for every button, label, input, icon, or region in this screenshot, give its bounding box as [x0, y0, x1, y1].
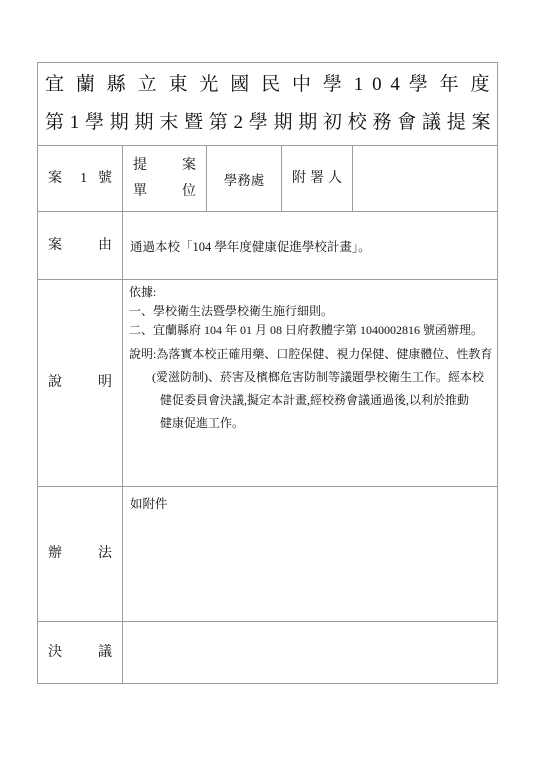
explanation-detail-line: (愛滋防制)、菸害及檳榔危害防制等議題學校衛生工作。經本校: [129, 366, 493, 389]
proposer-unit-label-line-1: 提 案: [133, 153, 196, 179]
method-content: 如附件: [130, 487, 491, 513]
cosigner-label-cell: 附 署 人: [282, 146, 353, 212]
explanation-label-cell: 說 明: [38, 280, 123, 487]
explanation-basis-line: 依據:: [129, 283, 493, 302]
document-title-line-2: 第 1 學 期 期 末 暨 第 2 學 期 期 初 校 務 會 議 提 案: [45, 104, 490, 142]
case-number-cell: 案 1 號: [38, 146, 123, 212]
method-content-cell: 如附件: [123, 487, 498, 622]
explanation-basis-block: 依據: 一、學校衛生法暨學校衛生施行細則。 二、宜蘭縣府 104 年 01 月 …: [129, 283, 493, 340]
case-number-label: 案 1 號: [48, 169, 112, 189]
method-label-cell: 辦 法: [38, 487, 123, 622]
proposal-table: 宜 蘭 縣 立 東 光 國 民 中 學 1 0 4 學 年 度 第 1 學 期 …: [37, 62, 498, 684]
title-row: 宜 蘭 縣 立 東 光 國 民 中 學 1 0 4 學 年 度 第 1 學 期 …: [38, 63, 498, 146]
proposer-unit-value-cell: 學務處: [207, 146, 282, 212]
explanation-basis-line: 一、學校衛生法暨學校衛生施行細則。: [129, 302, 493, 321]
cosigner-value-cell: [353, 146, 498, 212]
document-title-line-1: 宜 蘭 縣 立 東 光 國 民 中 學 1 0 4 學 年 度: [45, 66, 490, 104]
explanation-detail-line: 健促委員會決議,擬定本計畫,經校務會議通過後,以利於推動: [129, 389, 493, 412]
subject-content-cell: 通過本校「104 學年度健康促進學校計畫」。: [123, 212, 498, 280]
proposer-unit-label-line-2: 單 位: [133, 179, 196, 205]
proposer-unit-value: 學務處: [224, 173, 265, 188]
subject-label-cell: 案 由: [38, 212, 123, 280]
explanation-detail-line: 說明:為落實本校正確用藥、口腔保健、視力保健、健康體位、性教育: [129, 343, 493, 366]
explanation-basis-line: 二、宜蘭縣府 104 年 01 月 08 日府教體字第 1040002816 號…: [129, 321, 493, 340]
subject-content: 通過本校「104 學年度健康促進學校計畫」。: [130, 237, 491, 255]
title-cell: 宜 蘭 縣 立 東 光 國 民 中 學 1 0 4 學 年 度 第 1 學 期 …: [38, 63, 498, 146]
method-row: 辦 法 如附件: [38, 487, 498, 622]
case-header-row: 案 1 號 提 案 單 位 學務處 附 署 人: [38, 146, 498, 212]
resolution-label: 決 議: [48, 643, 112, 663]
cosigner-label: 附 署 人: [292, 169, 342, 189]
resolution-content-cell: [123, 622, 498, 684]
explanation-content-cell: 依據: 一、學校衛生法暨學校衛生施行細則。 二、宜蘭縣府 104 年 01 月 …: [123, 280, 498, 487]
proposer-unit-label-cell: 提 案 單 位: [123, 146, 207, 212]
resolution-label-cell: 決 議: [38, 622, 123, 684]
explanation-detail-line: 健康促進工作。: [129, 412, 493, 435]
resolution-row: 決 議: [38, 622, 498, 684]
document-page: 宜 蘭 縣 立 東 光 國 民 中 學 1 0 4 學 年 度 第 1 學 期 …: [0, 0, 543, 768]
explanation-detail-block: 說明:為落實本校正確用藥、口腔保健、視力保健、健康體位、性教育 (愛滋防制)、菸…: [129, 343, 493, 435]
explanation-row: 說 明 依據: 一、學校衛生法暨學校衛生施行細則。 二、宜蘭縣府 104 年 0…: [38, 280, 498, 487]
explanation-label: 說 明: [48, 373, 112, 393]
subject-label: 案 由: [48, 236, 112, 256]
subject-row: 案 由 通過本校「104 學年度健康促進學校計畫」。: [38, 212, 498, 280]
method-label: 辦 法: [48, 544, 112, 564]
